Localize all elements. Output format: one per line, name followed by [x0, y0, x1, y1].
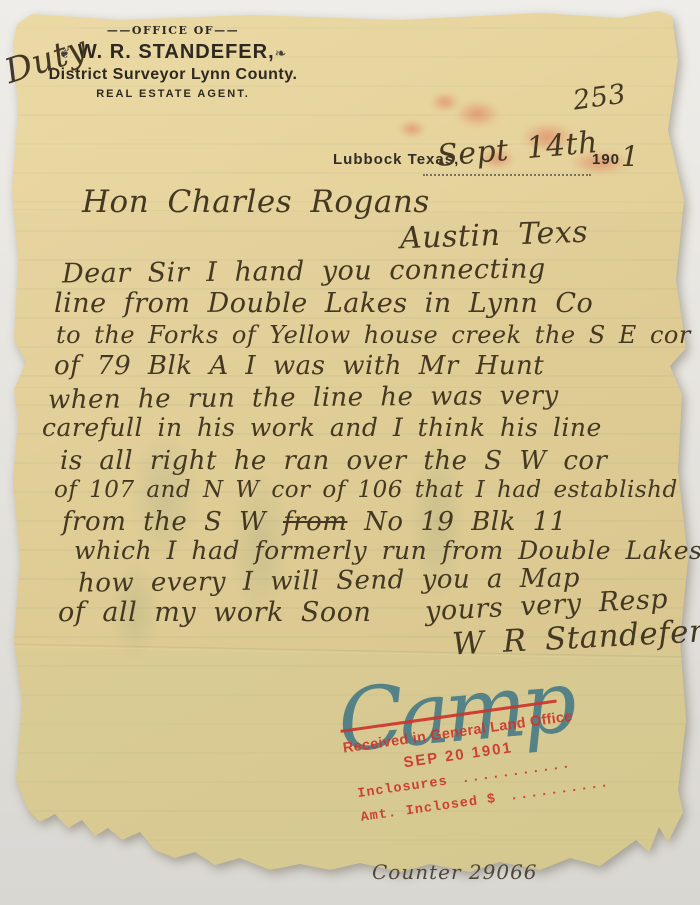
- letter-body-line: of 79 Blk A I was with Mr Hunt: [54, 351, 544, 381]
- struck-line-pre: from the S W: [62, 507, 283, 537]
- struck-line-post: No 19 Blk 11: [347, 507, 566, 537]
- dateline-year-digit: 1: [621, 140, 639, 173]
- letter-body-line: Dear Sir I hand you connecting: [62, 253, 546, 289]
- letter-body-line: when he run the line he was very: [48, 381, 559, 415]
- letter-body-line: is all right he ran over the S W cor: [60, 446, 607, 476]
- letter-body-line: carefull in his work and I think his lin…: [42, 413, 602, 442]
- floral-ornament-icon: ❧: [275, 46, 288, 62]
- dateline-rule: [423, 174, 591, 176]
- stamp-inclosures-label: Inclosures: [356, 774, 448, 802]
- struck-word: from: [283, 507, 347, 537]
- counter-annotation: Counter 29066: [372, 860, 538, 884]
- letter-body-line: to the Forks of Yellow house creek the S…: [56, 321, 691, 349]
- letter-body-line: which I had formerly run from Double Lak…: [74, 536, 700, 565]
- letterhead-subtitle: REAL ESTATE AGENT.: [28, 88, 318, 100]
- letter-recipient-place: Austin Texs: [399, 215, 588, 257]
- letterhead-name-text: W. R. STANDEFER,: [78, 41, 275, 63]
- letter-body-line: line from Double Lakes in Lynn Co: [54, 288, 593, 319]
- red-ink-smudge: [455, 100, 500, 128]
- letter-body-line: of all my work Soon: [58, 597, 371, 628]
- dateline-year-printed: 190: [592, 151, 620, 168]
- letter-body-line-struck: from the S W from No 19 Blk 11: [62, 507, 567, 537]
- letter-recipient: Hon Charles Rogans: [82, 184, 430, 220]
- red-ink-smudge: [398, 120, 426, 138]
- letter-body-line: of 107 and N W cor of 106 that I had est…: [54, 477, 678, 503]
- scanned-letter-page: ——OFFICE OF—— ❦ W. R. STANDEFER,❧ Distri…: [0, 0, 700, 905]
